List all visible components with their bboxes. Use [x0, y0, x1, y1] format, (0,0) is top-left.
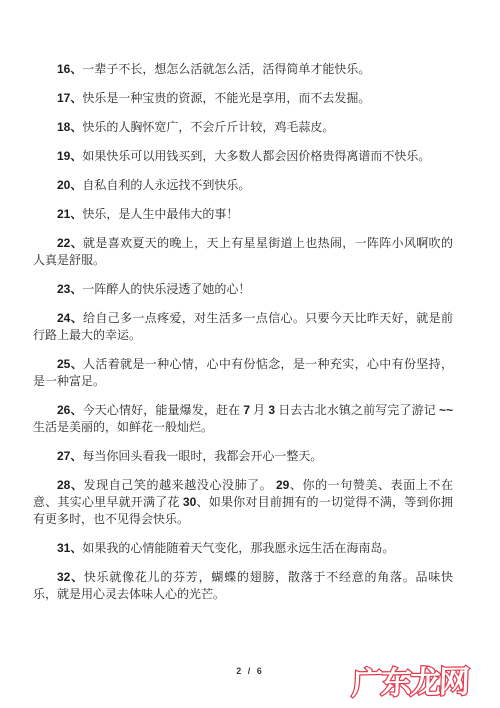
quote-number: 27、	[57, 449, 82, 463]
quote-paragraph: 26、今天心情好，能量爆发，赶在 7 月 3 日去古北水镇之前写完了游记 ~~ …	[33, 402, 453, 436]
quote-paragraph: 25、人活着就是一种心情，心中有份惦念，是一种充实，心中有份坚持，是一种富足。	[33, 356, 453, 390]
quote-number: 17、	[57, 91, 82, 105]
quote-text: 给自己多一点疼爱，对生活多一点信心。只要今天比昨天好，就是前行路上最大的幸运。	[33, 311, 453, 342]
quote-text: 快乐就像花儿的芬芳，蝴蝶的翅膀，散落于不经意的角落。品味快乐，就是用心灵去体味人…	[33, 570, 453, 601]
quote-number: 31、	[57, 541, 82, 555]
quote-text: 快乐，是人生中最伟大的事！	[82, 207, 238, 221]
quote-text: 每当你回头看我一眼时，我都会开心一整天。	[82, 449, 322, 463]
quote-paragraph: 20、自私自利的人永远找不到快乐。	[33, 177, 453, 194]
quote-text: 快乐是一种宝贵的资源，不能光是享用，而不去发掘。	[82, 91, 370, 105]
quote-text: 今天心情好，能量爆发，赶在 7 月 3 日去古北水镇之前写完了游记 ~~ 生活是…	[33, 403, 453, 434]
quote-number: 22、	[57, 236, 83, 250]
quote-text: 发现自己笑的越来越没心没肺了。 29、你的一句赞美、表面上不在意、其实心里早就开…	[33, 478, 453, 526]
quote-paragraph: 22、就是喜欢夏天的晚上，天上有星星街道上也热闹，一阵阵小风啊吹的人真是舒服。	[33, 235, 453, 269]
quote-text: 自私自利的人永远找不到快乐。	[82, 178, 250, 192]
quote-number: 21、	[57, 207, 82, 221]
quote-number: 24、	[57, 311, 83, 325]
quote-paragraph: 21、快乐，是人生中最伟大的事！	[33, 206, 453, 223]
quote-number: 32、	[57, 570, 84, 584]
quote-number: 19、	[57, 149, 82, 163]
quote-paragraph: 27、每当你回头看我一眼时，我都会开心一整天。	[33, 448, 453, 465]
watermark: 广东龙网	[351, 656, 469, 703]
quote-paragraph: 31、如果我的心情能随着天气变化，那我愿永远生活在海南岛。	[33, 540, 453, 557]
quote-number: 23、	[57, 282, 82, 296]
quote-paragraph: 23、一阵醉人的快乐浸透了她的心！	[33, 281, 453, 298]
quote-text: 如果快乐可以用钱买到，大多数人都会因价格贵得离谱而不快乐。	[82, 149, 430, 163]
quote-paragraph: 32、快乐就像花儿的芬芳，蝴蝶的翅膀，散落于不经意的角落。品味快乐，就是用心灵去…	[33, 569, 453, 603]
quote-paragraph: 16、一辈子不长，想怎么活就怎么活，活得简单才能快乐。	[33, 61, 453, 78]
quote-paragraph: 24、给自己多一点疼爱，对生活多一点信心。只要今天比昨天好，就是前行路上最大的幸…	[33, 310, 453, 344]
quote-paragraph: 19、如果快乐可以用钱买到，大多数人都会因价格贵得离谱而不快乐。	[33, 148, 453, 165]
quote-text: 人活着就是一种心情，心中有份惦念，是一种充实，心中有份坚持，是一种富足。	[33, 357, 453, 388]
quote-text: 就是喜欢夏天的晚上，天上有星星街道上也热闹，一阵阵小风啊吹的人真是舒服。	[33, 236, 453, 267]
quote-text: 一辈子不长，想怎么活就怎么活，活得简单才能快乐。	[82, 62, 370, 76]
quote-number: 26、	[57, 403, 83, 417]
quote-text: 如果我的心情能随着天气变化，那我愿永远生活在海南岛。	[82, 541, 394, 555]
quote-number: 20、	[57, 178, 82, 192]
quote-number: 25、	[57, 357, 83, 371]
quote-text: 快乐的人胸怀宽广，不会斤斤计较，鸡毛蒜皮。	[82, 120, 334, 134]
quote-number: 18、	[57, 120, 82, 134]
quote-number: 16、	[57, 62, 82, 76]
quote-paragraph: 18、快乐的人胸怀宽广，不会斤斤计较，鸡毛蒜皮。	[33, 119, 453, 136]
quote-list: 16、一辈子不长，想怎么活就怎么活，活得简单才能快乐。17、快乐是一种宝贵的资源…	[33, 61, 453, 615]
quote-paragraph: 17、快乐是一种宝贵的资源，不能光是享用，而不去发掘。	[33, 90, 453, 107]
quote-paragraph: 28、发现自己笑的越来越没心没肺了。 29、你的一句赞美、表面上不在意、其实心里…	[33, 477, 453, 528]
quote-number: 28、	[57, 478, 84, 492]
quote-text: 一阵醉人的快乐浸透了她的心！	[82, 282, 250, 296]
document-page: 16、一辈子不长，想怎么活就怎么活，活得简单才能快乐。17、快乐是一种宝贵的资源…	[0, 0, 500, 708]
